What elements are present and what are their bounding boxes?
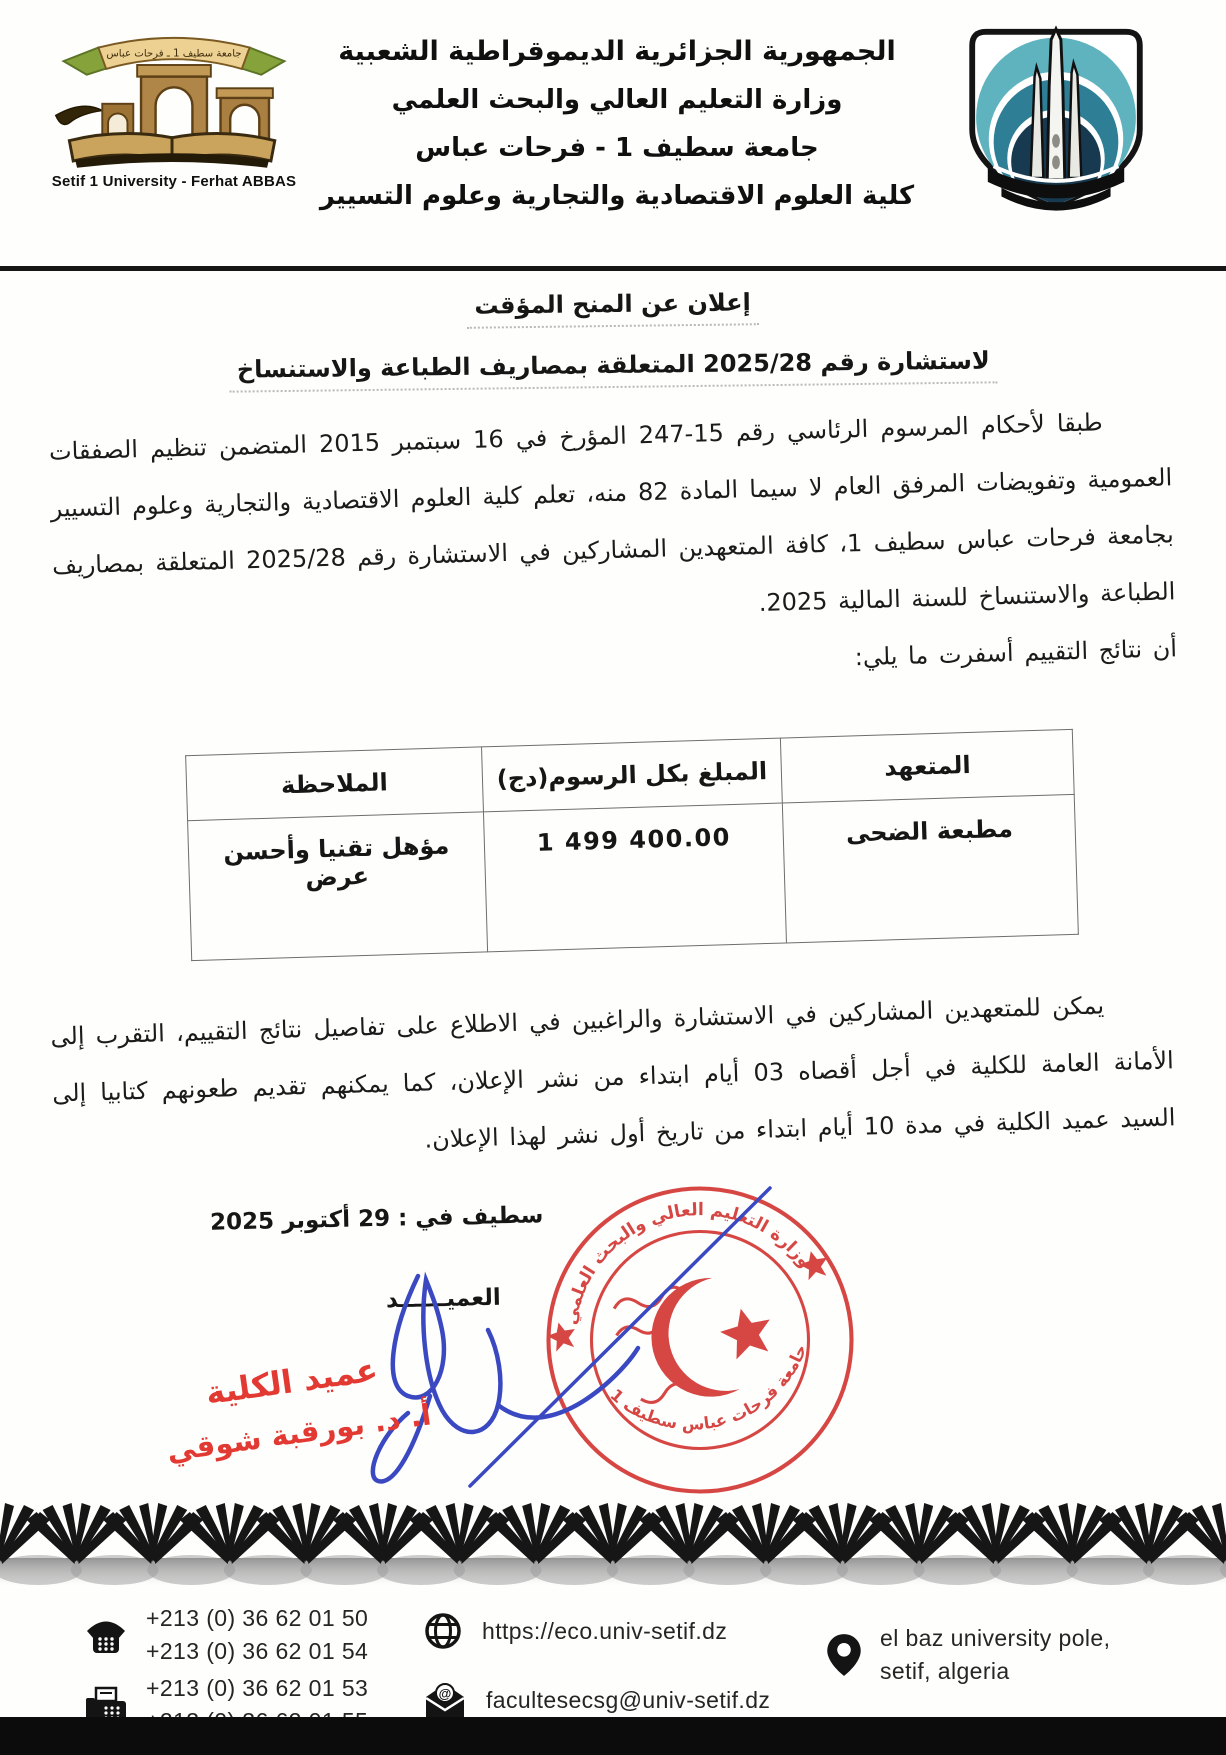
col-header-contractor: المتعهد (781, 729, 1074, 803)
evaluation-results-table: المتعهد المبلغ بكل الرسوم(دج) الملاحظة م… (185, 729, 1079, 961)
body-paragraph-2: يمكن للمتعهدين المشاركين في الاستشارة وا… (50, 975, 1177, 1179)
dean-signature-ink (318, 1178, 790, 1510)
logo-banner-text: جامعة سطيف 1 ـ فرحات عباس (106, 48, 241, 59)
decorative-fan-border (0, 1500, 1226, 1600)
globe-icon (422, 1610, 464, 1652)
cell-contractor: مطبعة الضحى (783, 794, 1079, 943)
phone-number-2: +213 (0) 36 62 01 54 (146, 1635, 368, 1668)
faculty-emblem (922, 24, 1190, 214)
university-logo: جامعة سطيف 1 ـ فرحات عباس Setif 1 Univer… (36, 24, 312, 190)
ministry-line: وزارة التعليم العالي والبحث العلمي (312, 76, 922, 124)
university-logo-art: جامعة سطيف 1 ـ فرحات عباس (48, 24, 300, 170)
body-paragraph-1: طبقا لأحكام المرسوم الرئاسي رقم 15-247 ا… (48, 392, 1178, 708)
footer-contact-block: +213 (0) 36 62 01 50 +213 (0) 36 62 01 5… (0, 1596, 1226, 1718)
footer-email-item: @ facultesecsg@univ-setif.dz (422, 1680, 770, 1720)
footer-website-item: https://eco.univ-setif.dz (422, 1610, 727, 1652)
phone-number-1: +213 (0) 36 62 01 50 (146, 1602, 368, 1635)
signature-area: سطيف في : 29 أكتوبر 2025 العميــــــد وز… (0, 1180, 1226, 1525)
address-line-2: setif, algeria (880, 1655, 1110, 1688)
bottom-black-bar (0, 1717, 1226, 1755)
email-icon: @ (422, 1680, 468, 1720)
title-line-1: إعلان عن المنح المؤقت (466, 288, 759, 329)
footer-phone-item: +213 (0) 36 62 01 50 +213 (0) 36 62 01 5… (84, 1602, 368, 1668)
paragraph-2-text: يمكن للمتعهدين المشاركين في الاستشارة وا… (50, 975, 1177, 1179)
faculty-line: كلية العلوم الاقتصادية والتجارية وعلوم ا… (312, 172, 922, 220)
address-line-1: el baz university pole, (880, 1622, 1110, 1655)
website-url: https://eco.univ-setif.dz (482, 1615, 727, 1648)
university-line: جامعة سطيف 1 - فرحات عباس (312, 124, 922, 172)
faculty-emblem-art (957, 24, 1155, 214)
university-logo-caption: Setif 1 University - Ferhat ABBAS (36, 173, 312, 190)
cell-amount: 1 499 400.00 (483, 803, 787, 952)
paragraph-1-text: طبقا لأحكام المرسوم الرئاسي رقم 15-247 ا… (48, 392, 1176, 651)
header-titles: الجمهورية الجزائرية الديموقراطية الشعبية… (312, 24, 922, 220)
table-row: مطبعة الضحى 1 499 400.00 مؤهل تقنيا وأحس… (188, 794, 1079, 960)
document-header: جامعة سطيف 1 ـ فرحات عباس Setif 1 Univer… (36, 24, 1190, 220)
col-header-amount: المبلغ بكل الرسوم(دج) (481, 738, 782, 812)
svg-text:@: @ (439, 1686, 452, 1701)
email-address: facultesecsg@univ-setif.dz (486, 1684, 770, 1717)
footer-location-item: el baz university pole, setif, algeria (826, 1622, 1110, 1688)
phone-icon (84, 1615, 128, 1655)
cell-note: مؤهل تقنيا وأحسن عرض (188, 812, 488, 961)
location-pin-icon (826, 1632, 862, 1678)
fax-number-1: +213 (0) 36 62 01 53 (146, 1672, 368, 1705)
announcement-title: إعلان عن المنح المؤقت لاستشارة رقم 2025/… (0, 283, 1226, 396)
col-header-note: الملاحظة (186, 747, 483, 821)
scanned-announcement-page: جامعة سطيف 1 ـ فرحات عباس Setif 1 Univer… (0, 0, 1226, 1755)
header-divider (0, 266, 1226, 271)
republic-line: الجمهورية الجزائرية الديموقراطية الشعبية (312, 28, 922, 76)
